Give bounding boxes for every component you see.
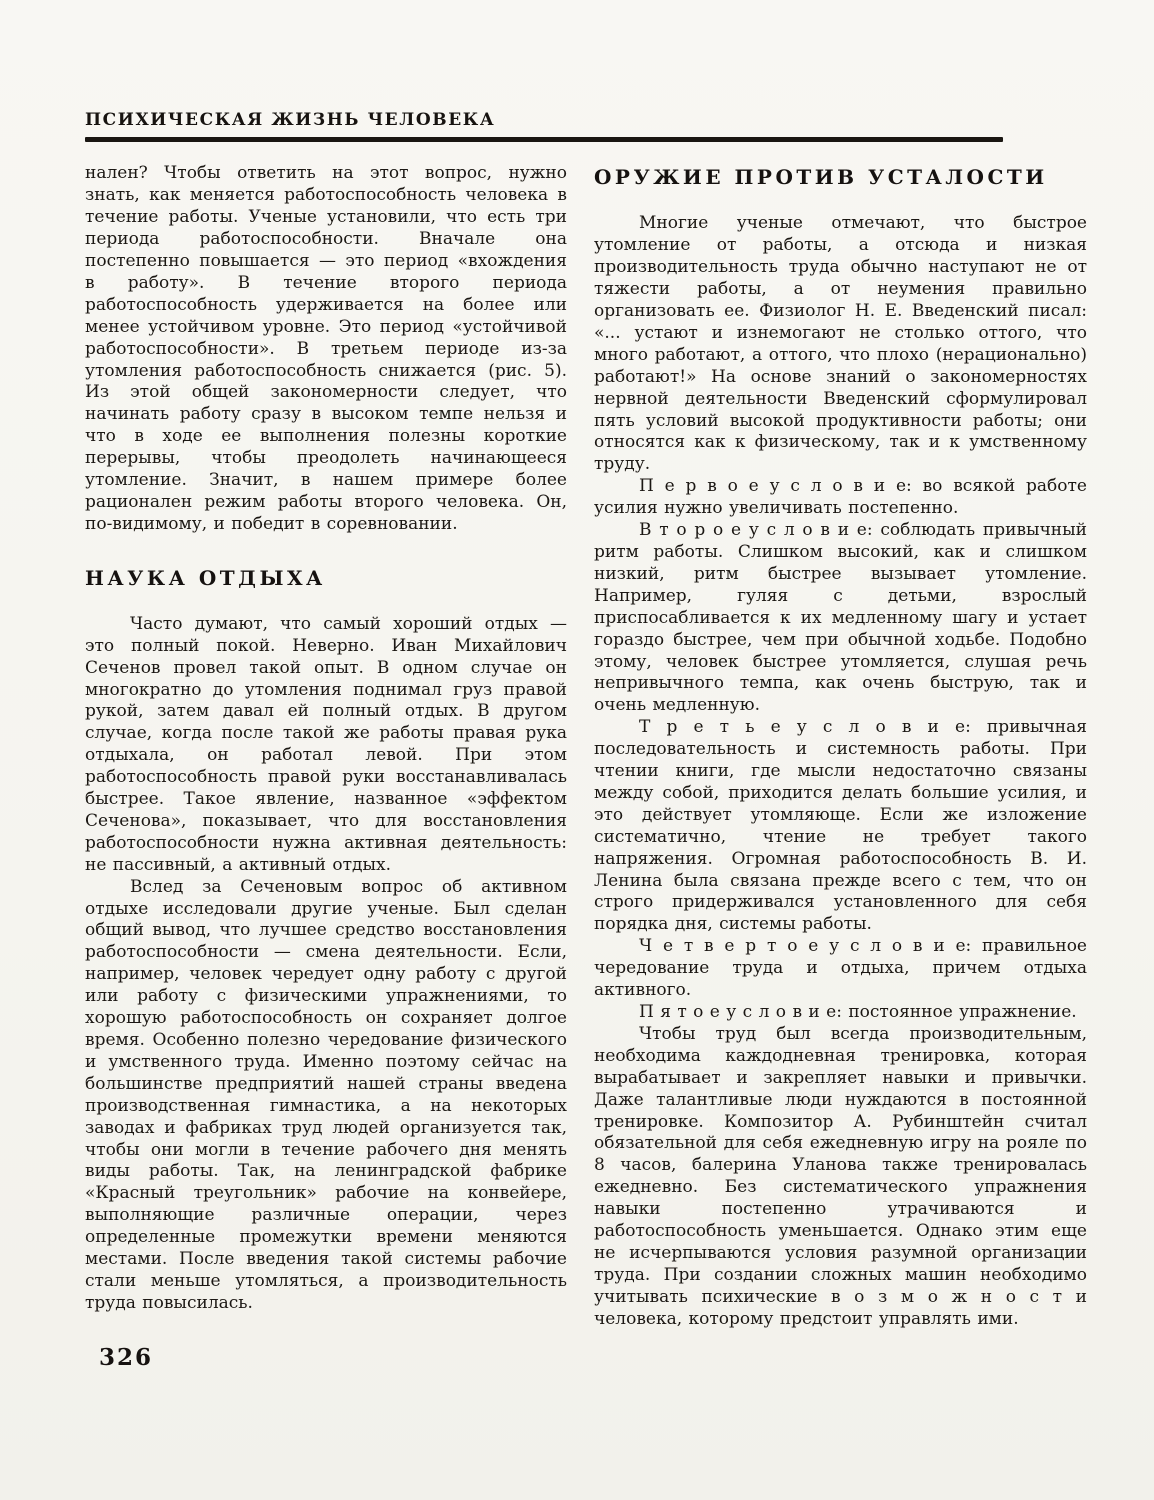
paragraph: Вслед за Сеченовым вопрос об активном от… — [85, 877, 567, 1315]
two-column-layout: нален? Чтобы ответить на этот вопрос, ну… — [85, 163, 1087, 1330]
section-heading-nauka-otdykha: НАУКА ОТДЫХА — [85, 566, 567, 590]
header-rule — [85, 137, 1003, 142]
running-head: ПСИХИЧЕСКАЯ ЖИЗНЬ ЧЕЛОВЕКА — [85, 110, 1087, 130]
paragraph: Чтобы труд был всегда производительным, … — [594, 1024, 1087, 1331]
paragraph-continuation: нален? Чтобы ответить на этот вопрос, ну… — [85, 163, 567, 535]
right-column: ОРУЖИЕ ПРОТИВ УСТАЛОСТИ Многие ученые от… — [594, 163, 1087, 1330]
paragraph-first-condition: П е р в о е у с л о в и е: во всякой раб… — [594, 476, 1087, 520]
book-page: ПСИХИЧЕСКАЯ ЖИЗНЬ ЧЕЛОВЕКА нален? Чтобы … — [0, 0, 1154, 1500]
paragraph: Часто думают, что самый хороший отдых — … — [85, 614, 567, 877]
paragraph-fourth-condition: Ч е т в е р т о е у с л о в и е: правиль… — [594, 936, 1087, 1002]
section-heading-oruzhie-protiv-ustalosti: ОРУЖИЕ ПРОТИВ УСТАЛОСТИ — [594, 165, 1087, 189]
paragraph-third-condition: Т р е т ь е у с л о в и е: привычная пос… — [594, 717, 1087, 936]
left-column: нален? Чтобы ответить на этот вопрос, ну… — [85, 163, 567, 1330]
page-number: 326 — [99, 1344, 153, 1371]
paragraph-second-condition: В т о р о е у с л о в и е: соблюдать при… — [594, 520, 1087, 717]
paragraph: Многие ученые отмечают, что быстрое утом… — [594, 213, 1087, 476]
paragraph-fifth-condition: П я т о е у с л о в и е: постоянное упра… — [594, 1002, 1087, 1024]
page-content: ПСИХИЧЕСКАЯ ЖИЗНЬ ЧЕЛОВЕКА нален? Чтобы … — [85, 110, 1087, 1331]
